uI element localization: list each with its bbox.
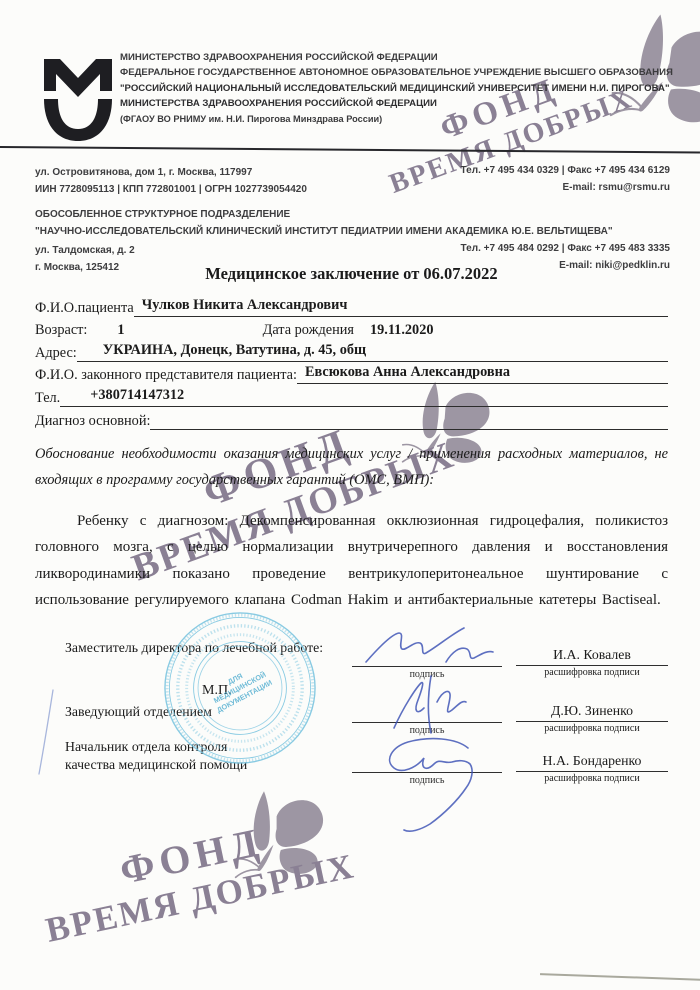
signature-ink-kovalev [366, 628, 493, 662]
birthdate-value: 19.11.2020 [370, 322, 434, 339]
phone-label: Тел. [35, 390, 60, 407]
address-row: Адрес: УКРАИНА, Донецк, Ватутина, д. 45,… [35, 339, 668, 362]
representative-value: Евсюкова Анна Александровна [297, 364, 668, 384]
signature-caption-1: подпись [352, 669, 502, 680]
name-caption-3: расшифровка подписи [516, 773, 668, 784]
header-divider [0, 146, 700, 154]
patient-name-row: Ф.И.О.пациента Чулков Никита Александров… [35, 294, 668, 317]
header-university-name-line: "РОССИЙСКИЙ НАЦИОНАЛЬНЫЙ ИССЛЕДОВАТЕЛЬСК… [120, 81, 673, 96]
patient-name-label: Ф.И.О.пациента [35, 300, 134, 317]
butterfly-watermark-bottom [222, 782, 327, 897]
main-address-line1: ул. Островитянова, дом 1, г. Москва, 117… [35, 164, 307, 181]
name-line-3 [516, 771, 668, 772]
main-phone-fax: Тел. +7 495 434 0329 | Факс +7 495 434 6… [461, 162, 670, 179]
watermark-text-fund: ФОНД [23, 798, 360, 914]
phone-value: +380714147312 [60, 387, 668, 407]
fund-watermark-bottom: ФОНД ВРЕМЯ ДОБРЫХ [23, 798, 369, 953]
header-ministry2-line: МИНИСТЕРСТВА ЗДРАВООХРАНЕНИЯ РОССИЙСКОЙ … [120, 96, 673, 111]
age-value: 1 [117, 322, 124, 339]
age-birthdate-row: Возраст: 1 Дата рождения 19.11.2020 [35, 317, 668, 340]
signer-role-quality-control-line2: качества медицинской помощи [65, 756, 247, 774]
signer-role-deputy-director: Заместитель директора по лечебной работе… [65, 639, 323, 657]
stray-pen-stroke [39, 690, 53, 774]
name-caption-2: расшифровка подписи [516, 723, 668, 734]
signer-role-department-head: Заведующий отделением [65, 703, 212, 721]
conclusion-paragraph: Ребенку с диагнозом: Декомпенсированная … [35, 508, 668, 614]
signature-line-3 [352, 772, 502, 773]
document-title: Медицинское заключение от 06.07.2022 [35, 264, 668, 284]
patient-name-value: Чулков Никита Александрович [134, 297, 668, 317]
division-heading: ОБОСОБЛЕННОЕ СТРУКТУРНОЕ ПОДРАЗДЕЛЕНИЕ [35, 206, 613, 223]
division-address-line1: ул. Талдомская, д. 2 [35, 242, 135, 259]
birthdate-label: Дата рождения [263, 322, 354, 339]
diagnosis-row: Диагноз основной: [35, 407, 668, 430]
representative-row: Ф.И.О. законного представителя пациента:… [35, 362, 668, 385]
signature-caption-2: подпись [352, 725, 502, 736]
watermark-text-vremya-dobryh: ВРЕМЯ ДОБРЫХ [32, 844, 368, 953]
main-address-line2: ИИН 7728095113 | КПП 772801001 | ОГРН 10… [35, 181, 307, 198]
age-label: Возраст: [35, 322, 87, 339]
rnimu-logo [38, 57, 118, 143]
address-label: Адрес: [35, 345, 77, 362]
name-caption-1: расшифровка подписи [516, 667, 668, 678]
phone-row: Тел. +380714147312 [35, 384, 668, 407]
name-line-1 [516, 665, 668, 666]
header-ministry-line: МИНИСТЕРСТВО ЗДРАВООХРАНЕНИЯ РОССИЙСКОЙ … [120, 50, 673, 65]
signer-role-quality-control-line1: Начальник отдела контроля [65, 738, 247, 756]
header-institution-type-line: ФЕДЕРАЛЬНОЕ ГОСУДАРСТВЕННОЕ АВТОНОМНОЕ О… [120, 65, 673, 80]
signature-line-2 [352, 722, 502, 723]
name-line-2 [516, 721, 668, 722]
diagnosis-label: Диагноз основной: [35, 413, 150, 430]
signature-line-1 [352, 666, 502, 667]
address-value: УКРАИНА, Донецк, Ватутина, д. 45, общ [77, 342, 668, 362]
diagnosis-value-blank [150, 410, 668, 430]
division-name: "НАУЧНО-ИССЛЕДОВАТЕЛЬСКИЙ КЛИНИЧЕСКИЙ ИН… [35, 223, 613, 240]
representative-label: Ф.И.О. законного представителя пациента: [35, 367, 297, 384]
signer-name-bondarenko: Н.А. Бондаренко [516, 752, 668, 769]
signature-caption-3: подпись [352, 775, 502, 786]
division-phone-fax: Тел. +7 495 484 0292 | Факс +7 495 483 3… [461, 240, 670, 257]
scan-page-edge [540, 973, 700, 980]
stamp-place-label: М.П. [202, 682, 232, 700]
signer-name-zinenko: Д.Ю. Зиненко [516, 702, 668, 719]
signer-name-kovalev: И.А. Ковалев [516, 646, 668, 663]
header-abbrev-line: (ФГАОУ ВО РНИМУ им. Н.И. Пирогова Минздр… [120, 112, 673, 127]
main-email: E-mail: rsmu@rsmu.ru [461, 179, 670, 196]
justification-paragraph: Обоснование необходимости оказания медиц… [35, 441, 668, 493]
